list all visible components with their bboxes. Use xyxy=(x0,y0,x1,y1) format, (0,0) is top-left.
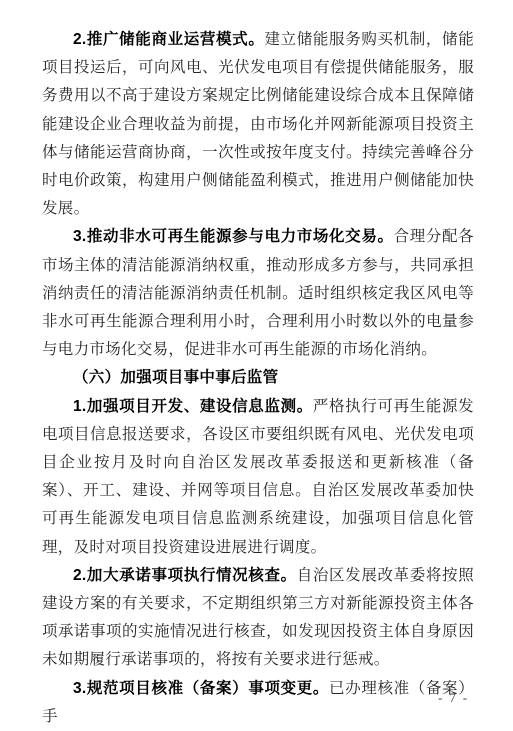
paragraph-lead: 2.推广储能商业运营模式。 xyxy=(73,31,264,48)
section-heading-supervision: （六）加强项目事中事后监管 xyxy=(42,364,474,392)
paragraph-lead: 2.加大承诺事项执行情况核查。 xyxy=(73,567,297,584)
paragraph-text: 严格执行可再生能源发电项目信息报送要求，各设区市要组织既有风电、光伏发电项目企业… xyxy=(42,398,474,556)
paragraph-market-trading: 3.推动非水可再生能源参与电力市场化交易。合理分配各市场主体的清洁能源消纳权重，… xyxy=(42,223,474,364)
document-body: 2.推广储能商业运营模式。建立储能服务购买机制，储能项目投运后，可向风电、光伏发… xyxy=(42,26,474,731)
section-heading-text: （六）加强项目事中事后监管 xyxy=(73,369,278,386)
paragraph-info-monitoring: 1.加强项目开发、建设信息监测。严格执行可再生能源发电项目信息报送要求，各设区市… xyxy=(42,393,474,562)
paragraph-text: 建立储能服务购买机制，储能项目投运后，可向风电、光伏发电项目有偿提供储能服务，服… xyxy=(42,31,474,217)
paragraph-commitment-inspection: 2.加大承诺事项执行情况核查。自治区发展改革委将按照建设方案的有关要求，不定期组… xyxy=(42,562,474,675)
paragraph-storage-business-model: 2.推广储能商业运营模式。建立储能服务购买机制，储能项目投运后，可向风电、光伏发… xyxy=(42,26,474,223)
paragraph-approval-change: 3.规范项目核准（备案）事项变更。已办理核准（备案）手 xyxy=(42,675,474,731)
paragraph-lead: 3.推动非水可再生能源参与电力市场化交易。 xyxy=(73,228,394,245)
page-number: - 7 - xyxy=(438,691,469,706)
paragraph-lead: 1.加强项目开发、建设信息监测。 xyxy=(73,398,313,415)
paragraph-text: 合理分配各市场主体的清洁能源消纳权重，推动形成多方参与，共同承担消纳责任的清洁能… xyxy=(42,228,474,358)
document-page: 2.推广储能商业运营模式。建立储能服务购买机制，储能项目投运后，可向风电、光伏发… xyxy=(0,0,513,731)
paragraph-lead: 3.规范项目核准（备案）事项变更。 xyxy=(73,680,329,697)
